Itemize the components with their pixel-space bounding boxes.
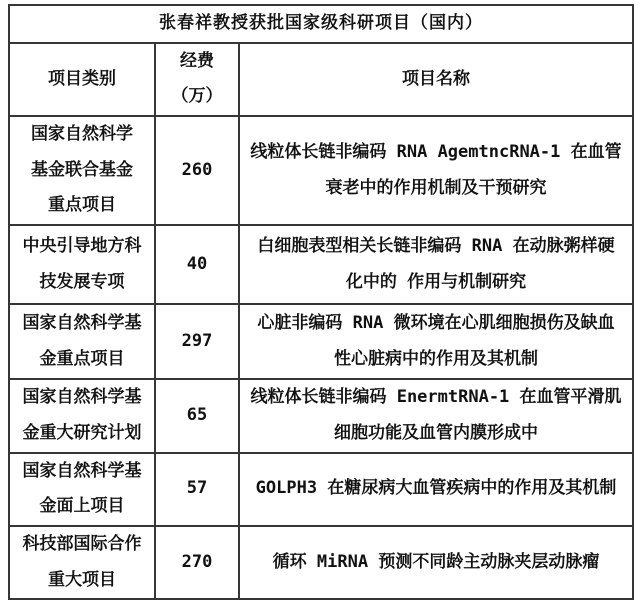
table-row: 国家自然科学 基金联合基金 重点项目 260 线粒体长链非编码 RNA Agem… bbox=[9, 116, 633, 225]
project-name-cell: GOLPH3 在糖尿病大血管疾病中的作用及其机制 bbox=[239, 453, 633, 526]
table-row: 国家自然科学基 金重大研究计划 65 线粒体长链非编码 EnermtRNA-1 … bbox=[9, 379, 633, 452]
project-name-cell: 心脏非编码 RNA 微环境在心肌细胞损伤及缺血 性心脏病中的作用及其机制 bbox=[239, 304, 633, 379]
table-row: 中央引导地方科 技发展专项 40 白细胞表型相关长链非编码 RNA 在动脉粥样硬… bbox=[9, 225, 633, 304]
category-cell: 国家自然科学基 金面上项目 bbox=[9, 453, 155, 526]
project-name-cell: 线粒体长链非编码 EnermtRNA-1 在血管平滑肌 细胞功能及血管内膜形成中 bbox=[239, 379, 633, 452]
funding-cell: 65 bbox=[155, 379, 239, 452]
project-name-cell: 循环 MiRNA 预测不同龄主动脉夹层动脉瘤 bbox=[239, 526, 633, 599]
projects-table: 张春祥教授获批国家级科研项目（国内） 项目类别 经费 （万） 项目名称 国家自然… bbox=[8, 4, 634, 600]
category-cell: 中央引导地方科 技发展专项 bbox=[9, 225, 155, 304]
category-cell: 国家自然科学基 金重点项目 bbox=[9, 304, 155, 379]
category-cell: 国家自然科学 基金联合基金 重点项目 bbox=[9, 116, 155, 225]
title-row: 张春祥教授获批国家级科研项目（国内） bbox=[9, 5, 633, 43]
category-cell: 科技部国际合作 重大项目 bbox=[9, 526, 155, 599]
page: 张春祥教授获批国家级科研项目（国内） 项目类别 经费 （万） 项目名称 国家自然… bbox=[0, 0, 640, 580]
table-row: 国家自然科学基 金面上项目 57 GOLPH3 在糖尿病大血管疾病中的作用及其机… bbox=[9, 453, 633, 526]
category-cell: 国家自然科学基 金重大研究计划 bbox=[9, 379, 155, 452]
project-name-cell: 线粒体长链非编码 RNA AgemtncRNA-1 在血管 衰老中的作用机制及干… bbox=[239, 116, 633, 225]
table-title: 张春祥教授获批国家级科研项目（国内） bbox=[9, 5, 633, 43]
header-row: 项目类别 经费 （万） 项目名称 bbox=[9, 43, 633, 116]
table-row: 科技部国际合作 重大项目 270 循环 MiRNA 预测不同龄主动脉夹层动脉瘤 bbox=[9, 526, 633, 599]
project-name-cell: 白细胞表型相关长链非编码 RNA 在动脉粥样硬 化中的 作用与机制研究 bbox=[239, 225, 633, 304]
funding-cell: 297 bbox=[155, 304, 239, 379]
table-row: 国家自然科学基 金重点项目 297 心脏非编码 RNA 微环境在心肌细胞损伤及缺… bbox=[9, 304, 633, 379]
funding-cell: 270 bbox=[155, 526, 239, 599]
funding-cell: 57 bbox=[155, 453, 239, 526]
funding-cell: 40 bbox=[155, 225, 239, 304]
header-project-name: 项目名称 bbox=[239, 43, 633, 116]
header-funding: 经费 （万） bbox=[155, 43, 239, 116]
header-category: 项目类别 bbox=[9, 43, 155, 116]
funding-cell: 260 bbox=[155, 116, 239, 225]
